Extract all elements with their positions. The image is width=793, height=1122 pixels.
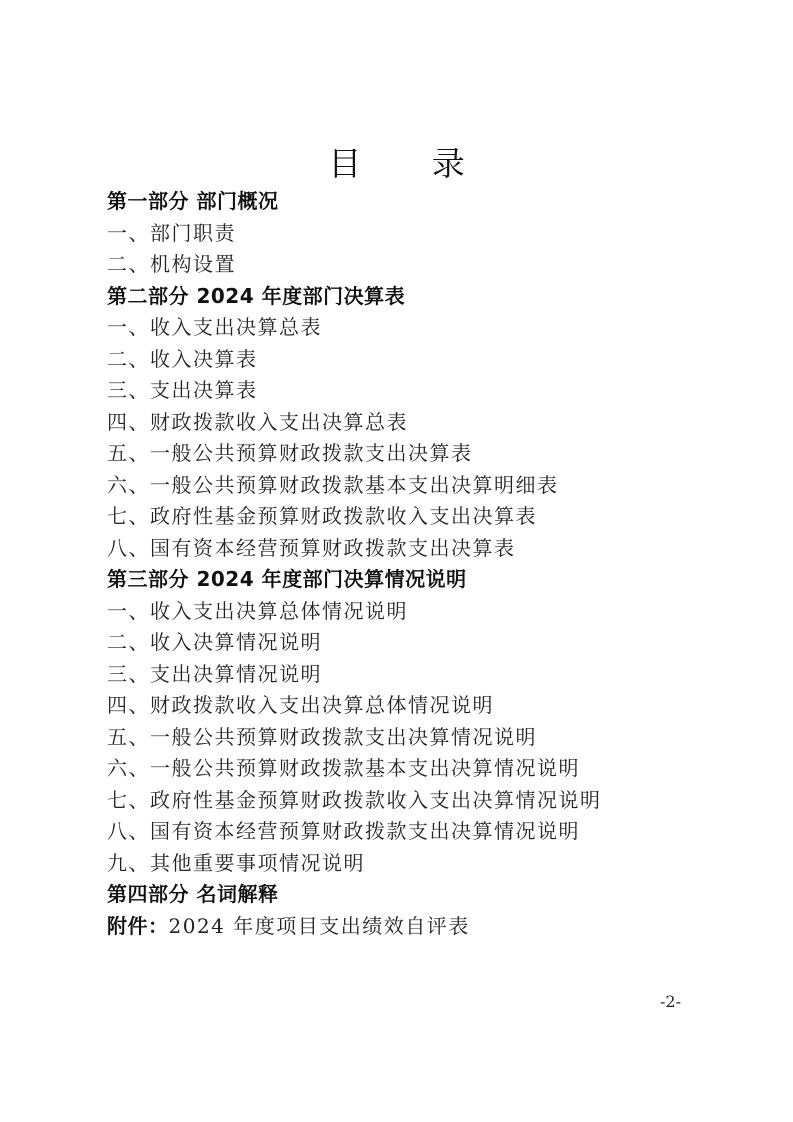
toc-part-1-heading[interactable]: 第一部分 部门概况 (107, 186, 727, 218)
page-title: 目 录 (0, 141, 793, 187)
annex-label: 附件： (107, 914, 169, 938)
toc-item[interactable]: 六、一般公共预算财政拨款基本支出决算明细表 (107, 470, 727, 502)
table-of-contents: 第一部分 部门概况 一、部门职责 二、机构设置 第二部分 2024 年度部门决算… (107, 186, 727, 942)
toc-item[interactable]: 六、一般公共预算财政拨款基本支出决算情况说明 (107, 753, 727, 785)
toc-item[interactable]: 五、一般公共预算财政拨款支出决算表 (107, 438, 727, 470)
annex-text: 2024 年度项目支出绩效自评表 (169, 914, 470, 938)
toc-item[interactable]: 八、国有资本经营预算财政拨款支出决算表 (107, 533, 727, 565)
toc-item[interactable]: 七、政府性基金预算财政拨款收入支出决算情况说明 (107, 785, 727, 817)
toc-item[interactable]: 二、机构设置 (107, 249, 727, 281)
toc-item[interactable]: 七、政府性基金预算财政拨款收入支出决算表 (107, 501, 727, 533)
toc-part-2-heading[interactable]: 第二部分 2024 年度部门决算表 (107, 281, 727, 313)
toc-item[interactable]: 一、收入支出决算总体情况说明 (107, 596, 727, 628)
toc-annex[interactable]: 附件：2024 年度项目支出绩效自评表 (107, 911, 727, 943)
toc-part-3-heading[interactable]: 第三部分 2024 年度部门决算情况说明 (107, 564, 727, 596)
toc-item[interactable]: 一、部门职责 (107, 218, 727, 250)
toc-item[interactable]: 一、收入支出决算总表 (107, 312, 727, 344)
toc-item[interactable]: 二、收入决算情况说明 (107, 627, 727, 659)
toc-item[interactable]: 二、收入决算表 (107, 344, 727, 376)
toc-item[interactable]: 四、财政拨款收入支出决算总表 (107, 407, 727, 439)
toc-item[interactable]: 三、支出决算情况说明 (107, 659, 727, 691)
toc-item[interactable]: 四、财政拨款收入支出决算总体情况说明 (107, 690, 727, 722)
page-number: -2- (660, 992, 681, 1011)
toc-item[interactable]: 八、国有资本经营预算财政拨款支出决算情况说明 (107, 816, 727, 848)
toc-item[interactable]: 五、一般公共预算财政拨款支出决算情况说明 (107, 722, 727, 754)
toc-item[interactable]: 九、其他重要事项情况说明 (107, 848, 727, 880)
toc-part-4-heading[interactable]: 第四部分 名词解释 (107, 879, 727, 911)
toc-item[interactable]: 三、支出决算表 (107, 375, 727, 407)
